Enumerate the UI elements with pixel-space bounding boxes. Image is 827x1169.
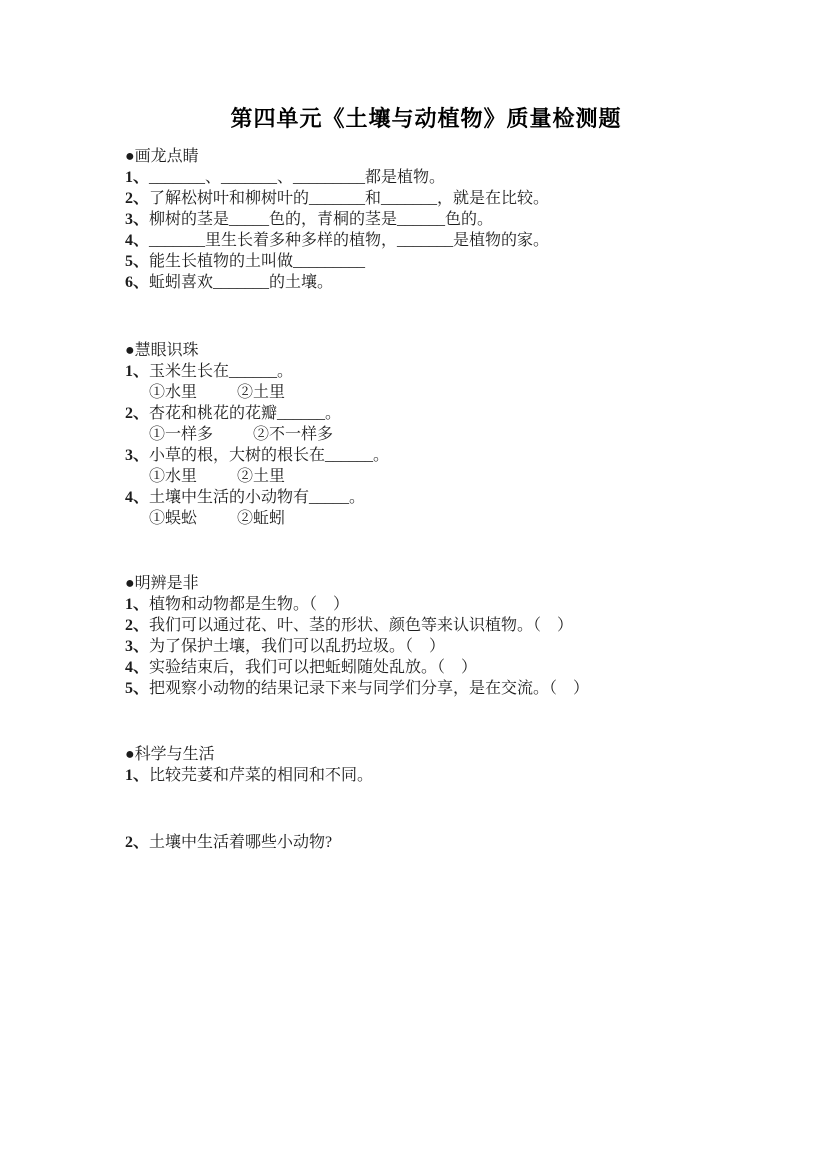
- question-line: 2、 我们可以通过花、叶、茎的形状、颜色等来认识植物。（ ）: [125, 615, 727, 636]
- section-fill-in-blanks: ●画龙点睛 1、 _______、_______、_________都是植物。 …: [125, 146, 727, 293]
- question-number: 1、: [125, 765, 149, 786]
- question-line: 5、 把观察小动物的结果记录下来与同学们分享，是在交流。（ ）: [125, 678, 727, 699]
- section-heading: ●科学与生活: [125, 744, 727, 765]
- choice-options: ①水里 ②土里: [149, 382, 727, 403]
- question-line: 3、 小草的根，大树的根长在______。: [125, 445, 727, 466]
- question-number: 2、: [125, 403, 149, 424]
- choice-option: ②土里: [237, 466, 285, 487]
- question-line: 3、 柳树的茎是_____色的，青桐的茎是______色的。: [125, 209, 727, 230]
- question-line: 2、 了解松树叶和柳树叶的_______和_______，就是在比较。: [125, 188, 727, 209]
- question-number: 6、: [125, 272, 149, 293]
- section-heading: ●慧眼识珠: [125, 340, 727, 361]
- question-number: 2、: [125, 832, 149, 853]
- question-text: 能生长植物的土叫做_________: [149, 251, 365, 272]
- question-number: 3、: [125, 209, 149, 230]
- choice-options: ①蜈蚣 ②蚯蚓: [149, 508, 727, 529]
- choice-option: ①一样多: [149, 424, 213, 445]
- question-number: 1、: [125, 167, 149, 188]
- choice-options: ①一样多 ②不一样多: [149, 424, 727, 445]
- question-text: 为了保护土壤，我们可以乱扔垃圾。（ ）: [149, 636, 445, 657]
- choice-option: ②不一样多: [253, 424, 333, 445]
- question-number: 2、: [125, 615, 149, 636]
- question-text: 小草的根，大树的根长在______。: [149, 445, 389, 466]
- choice-option: ②蚯蚓: [237, 508, 285, 529]
- question-line: 1、 比较芫荽和芹菜的相同和不同。: [125, 765, 727, 786]
- question-text: 把观察小动物的结果记录下来与同学们分享，是在交流。（ ）: [149, 678, 589, 699]
- question-number: 3、: [125, 445, 149, 466]
- question-text: 了解松树叶和柳树叶的_______和_______，就是在比较。: [149, 188, 549, 209]
- question-number: 5、: [125, 251, 149, 272]
- question-line: 2、 杏花和桃花的花瓣______。: [125, 403, 727, 424]
- question-text: 实验结束后，我们可以把蚯蚓随处乱放。（ ）: [149, 657, 477, 678]
- choice-option: ①水里: [149, 382, 197, 403]
- question-number: 1、: [125, 594, 149, 615]
- question-number: 1、: [125, 361, 149, 382]
- question-text: _______里生长着多种多样的植物，_______是植物的家。: [149, 230, 549, 251]
- section-heading: ●画龙点睛: [125, 146, 727, 167]
- document-page: 第四单元《土壤与动植物》质量检测题 ●画龙点睛 1、 _______、_____…: [0, 0, 827, 1169]
- page-title: 第四单元《土壤与动植物》质量检测题: [125, 104, 727, 134]
- question-line: 2、 土壤中生活着哪些小动物?: [125, 832, 727, 853]
- section-true-false: ●明辨是非 1、 植物和动物都是生物。（ ） 2、 我们可以通过花、叶、茎的形状…: [125, 573, 727, 699]
- question-line: 4、 实验结束后，我们可以把蚯蚓随处乱放。（ ）: [125, 657, 727, 678]
- section-heading: ●明辨是非: [125, 573, 727, 594]
- question-line: 4、 土壤中生活的小动物有_____。: [125, 487, 727, 508]
- question-text: 土壤中生活的小动物有_____。: [149, 487, 365, 508]
- question-line: 5、 能生长植物的土叫做_________: [125, 251, 727, 272]
- question-text: 柳树的茎是_____色的，青桐的茎是______色的。: [149, 209, 493, 230]
- question-number: 4、: [125, 230, 149, 251]
- question-number: 4、: [125, 487, 149, 508]
- question-text: 土壤中生活着哪些小动物?: [149, 832, 332, 853]
- question-text: 蚯蚓喜欢_______的土壤。: [149, 272, 333, 293]
- question-number: 3、: [125, 636, 149, 657]
- question-line: 1、 玉米生长在______。: [125, 361, 727, 382]
- question-line: 6、 蚯蚓喜欢_______的土壤。: [125, 272, 727, 293]
- question-number: 2、: [125, 188, 149, 209]
- choice-options: ①水里 ②土里: [149, 466, 727, 487]
- question-text: 玉米生长在______。: [149, 361, 293, 382]
- choice-option: ①蜈蚣: [149, 508, 197, 529]
- question-line: 1、 _______、_______、_________都是植物。: [125, 167, 727, 188]
- question-text: 我们可以通过花、叶、茎的形状、颜色等来认识植物。（ ）: [149, 615, 573, 636]
- question-text: 杏花和桃花的花瓣______。: [149, 403, 341, 424]
- question-line: 4、 _______里生长着多种多样的植物，_______是植物的家。: [125, 230, 727, 251]
- question-line: 3、 为了保护土壤，我们可以乱扔垃圾。（ ）: [125, 636, 727, 657]
- question-text: 比较芫荽和芹菜的相同和不同。: [149, 765, 373, 786]
- section-science-and-life: ●科学与生活 1、 比较芫荽和芹菜的相同和不同。 2、 土壤中生活着哪些小动物?: [125, 744, 727, 853]
- question-text: 植物和动物都是生物。（ ）: [149, 594, 349, 615]
- question-number: 4、: [125, 657, 149, 678]
- choice-option: ①水里: [149, 466, 197, 487]
- choice-option: ②土里: [237, 382, 285, 403]
- question-number: 5、: [125, 678, 149, 699]
- question-line: 1、 植物和动物都是生物。（ ）: [125, 594, 727, 615]
- question-text: _______、_______、_________都是植物。: [149, 167, 445, 188]
- section-multiple-choice: ●慧眼识珠 1、 玉米生长在______。 ①水里 ②土里 2、 杏花和桃花的花…: [125, 340, 727, 529]
